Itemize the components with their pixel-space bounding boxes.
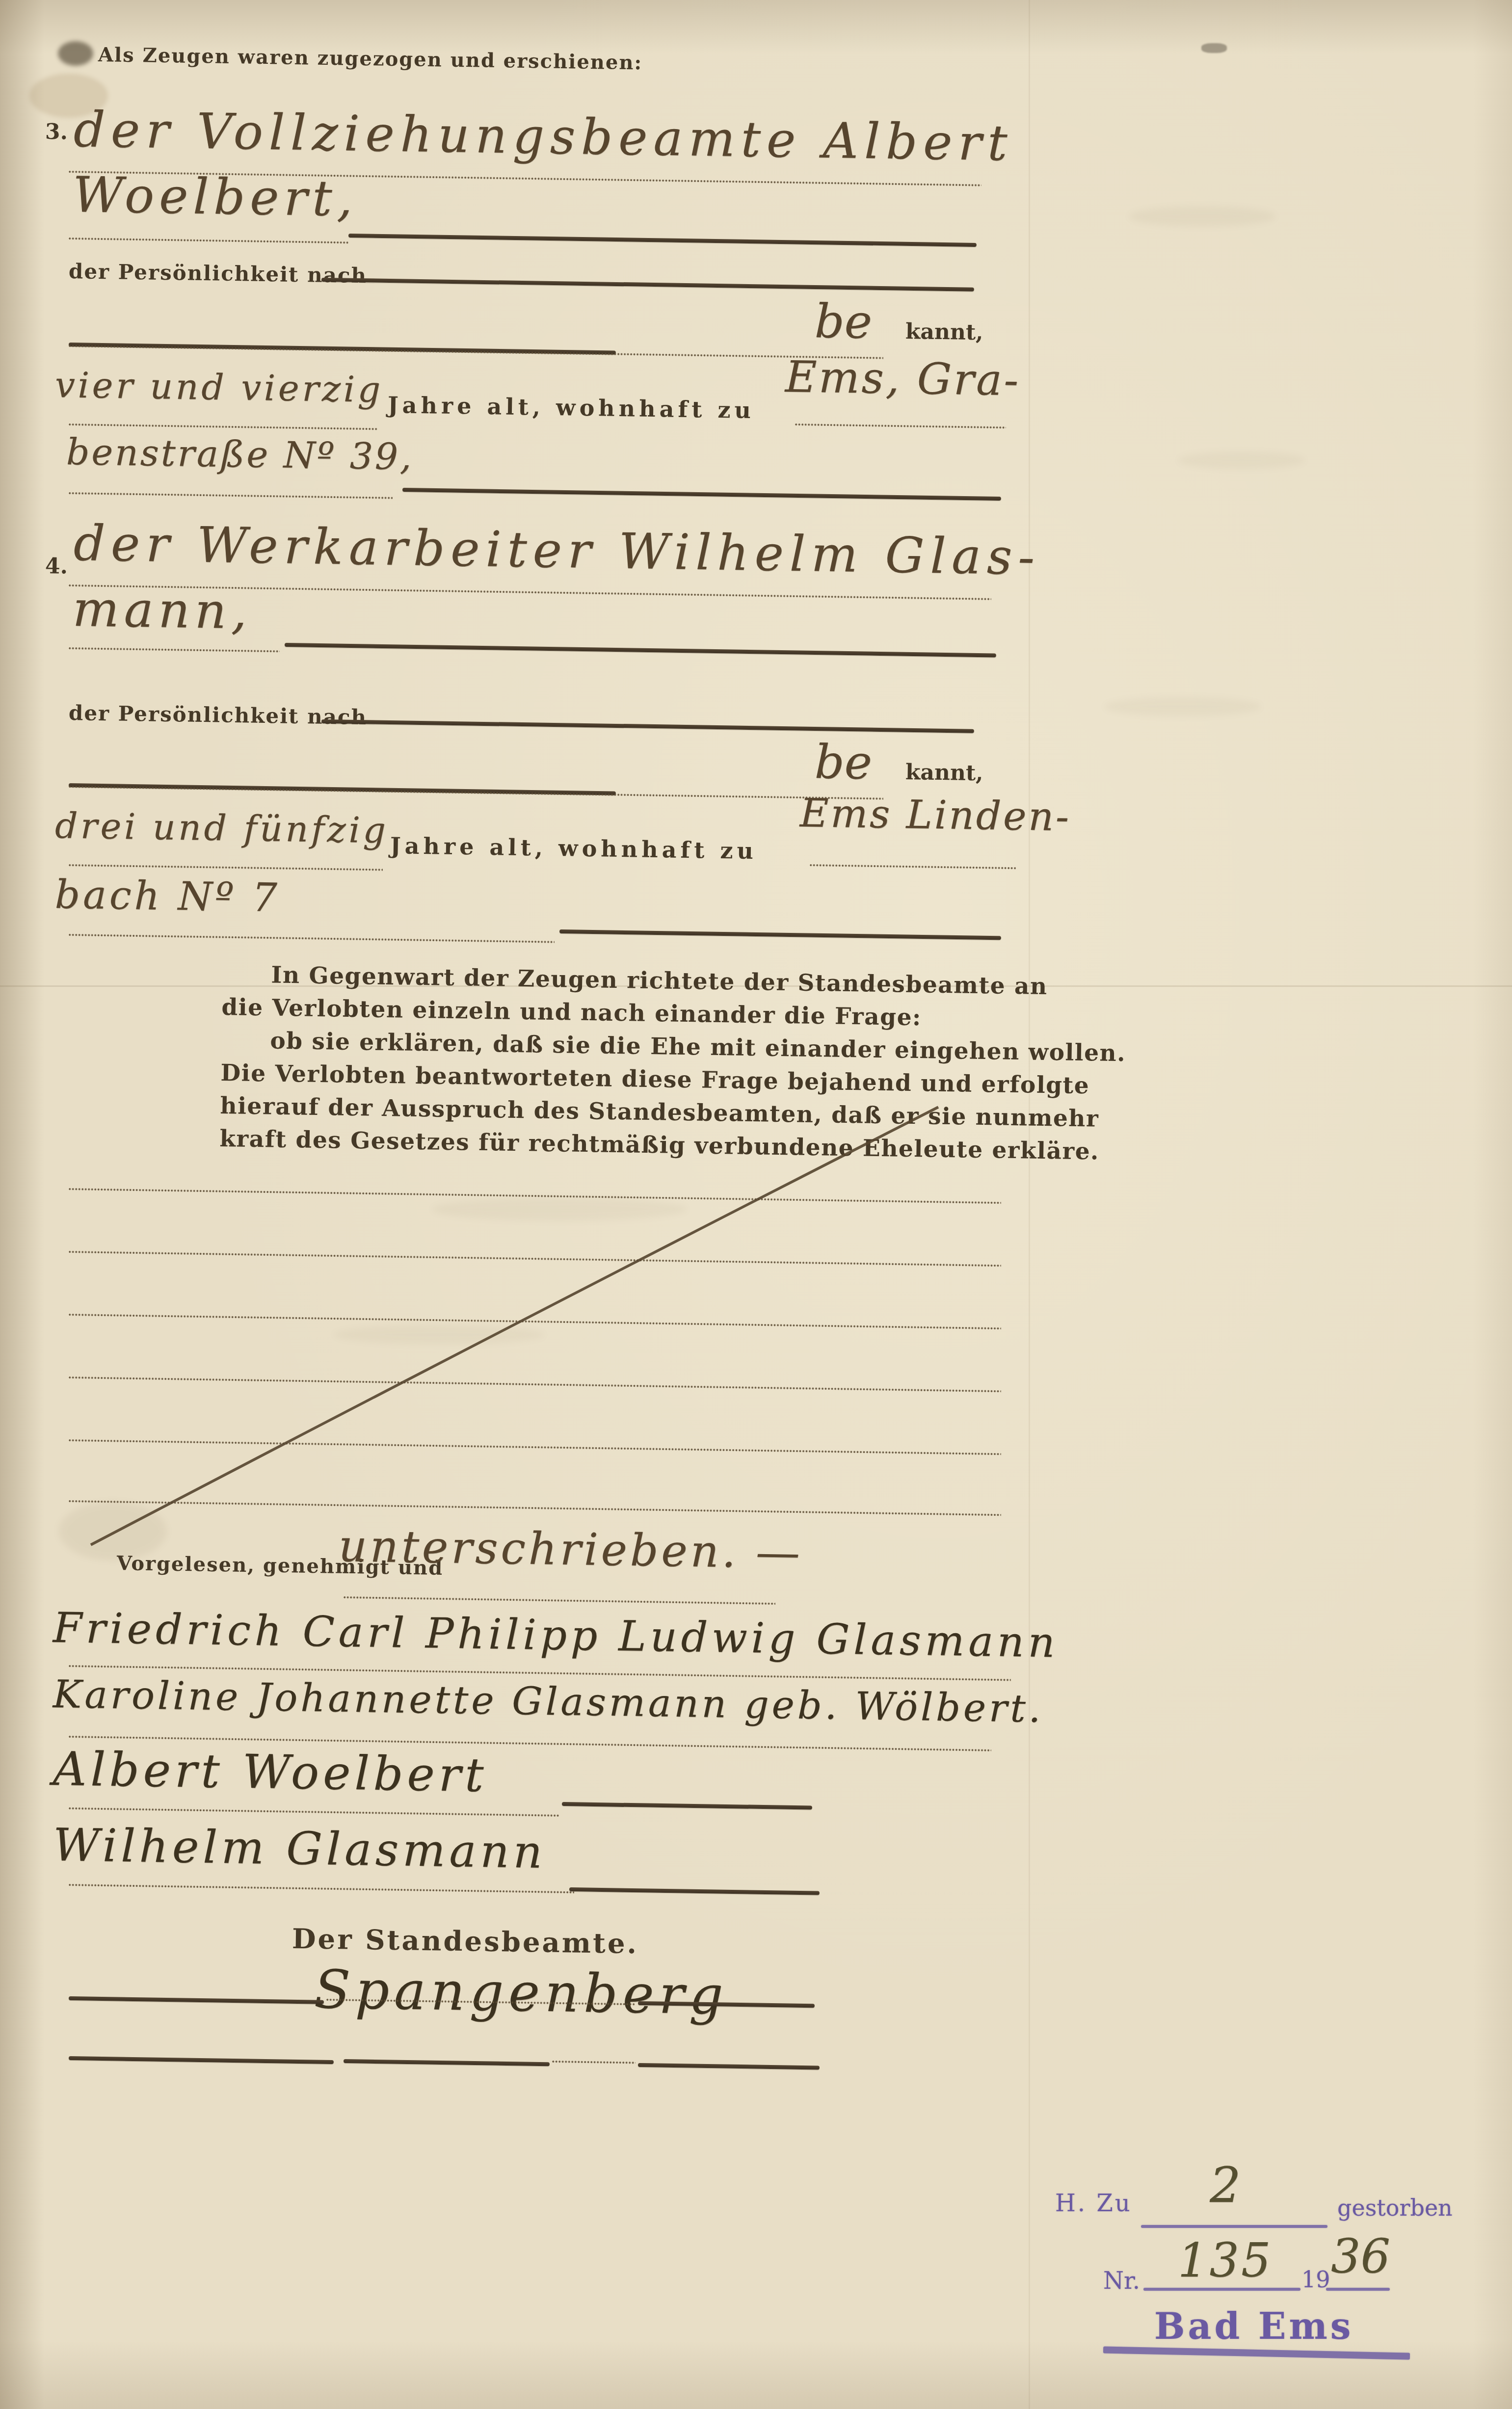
signature-witness-4: Wilhelm Glasmann — [53, 1819, 546, 1879]
cancellation-stroke — [0, 0, 1512, 2409]
stamp-gestorben-label: gestorben — [1337, 2195, 1453, 2221]
stamp-year-value: 36 — [1331, 2230, 1390, 2284]
stamp-rule — [1326, 2288, 1390, 2291]
stamp-place: Bad Ems — [1154, 2305, 1353, 2348]
stamp-h-zu-label: H. Zu — [1055, 2190, 1132, 2217]
registrar-signature: Spangenberg — [314, 1959, 728, 2026]
signature-witness-3: Albert Woelbert — [53, 1742, 488, 1802]
closing-handwritten: unterschrieben. — — [338, 1520, 803, 1579]
stamp-rule — [1141, 2225, 1327, 2228]
stamp-nr-value: 135 — [1178, 2234, 1273, 2288]
stamp-h-zu-value: 2 — [1210, 2156, 1241, 2214]
registrar-title: Der Standesbeamte. — [292, 1923, 639, 1960]
stamp-nr-label: Nr. — [1103, 2267, 1140, 2295]
stamp-rule — [1143, 2288, 1300, 2291]
